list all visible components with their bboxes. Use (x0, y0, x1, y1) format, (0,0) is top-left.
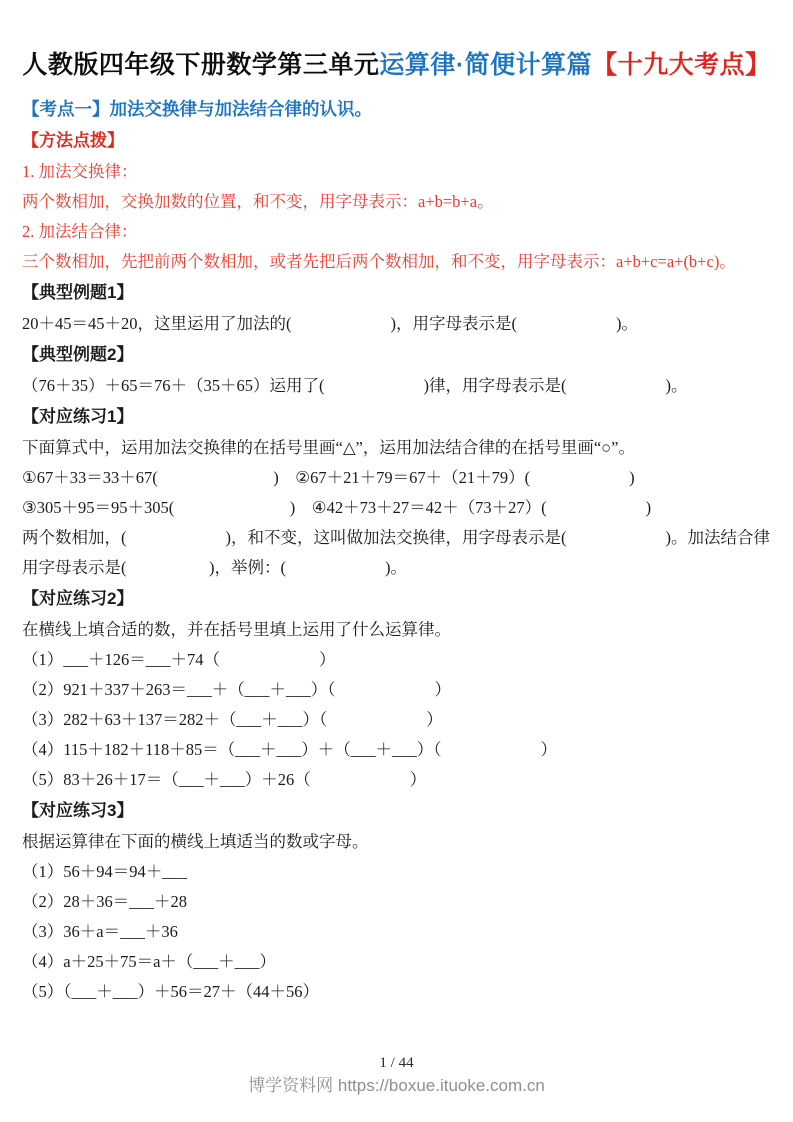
text-line-26: （3）36＋a＝___＋36 (22, 917, 771, 947)
text-line-11: 下面算式中，运用加法交换律的在括号里画“△”，运用加法结合律的在括号里画“○”。 (22, 433, 771, 463)
text-line-28: （5）（___＋___）＋56＝27＋（44＋56） (22, 977, 771, 1007)
text-line-3: 两个数相加，交换加数的位置，和不变，用字母表示：a+b=b+a。 (22, 187, 771, 217)
title-part-blue: 运算律·简便计算篇 (379, 51, 592, 79)
text-line-1: 【方法点拨】 (22, 125, 771, 157)
text-line-12: ①67＋33＝33＋67( ) ②67＋21＋79＝67＋（21＋79）( ) (22, 463, 771, 493)
text-line-27: （4）a＋25＋75＝a＋（___＋___） (22, 947, 771, 977)
page-footer: 1 / 44 博学资料网 https://boxue.ituoke.com.cn (0, 1052, 793, 1098)
text-line-8: 【典型例题2】 (22, 339, 771, 371)
text-line-21: （5）83＋26＋17＝（___＋___）＋26（ ） (22, 765, 771, 795)
text-line-14: 两个数相加，( )，和不变，这叫做加法交换律，用字母表示是( )。加法结合律用字… (22, 523, 771, 583)
site-watermark: 博学资料网 https://boxue.ituoke.com.cn (0, 1074, 793, 1098)
text-line-17: （1）___＋126＝___＋74（ ） (22, 645, 771, 675)
text-line-15: 【对应练习2】 (22, 583, 771, 615)
text-line-13: ③305＋95＝95＋305( ) ④42＋73＋27＝42＋（73＋27）( … (22, 493, 771, 523)
text-line-16: 在横线上填合适的数，并在括号里填上运用了什么运算律。 (22, 615, 771, 645)
text-line-9: （76＋35）＋65＝76＋（35＋65）运用了( )律，用字母表示是( )。 (22, 371, 771, 401)
text-line-18: （2）921＋337＋263＝___＋（___＋___）（ ） (22, 675, 771, 705)
title-part-black: 人教版四年级下册数学第三单元 (22, 51, 379, 79)
page-number: 1 / 44 (0, 1052, 793, 1074)
text-line-22: 【对应练习3】 (22, 795, 771, 827)
text-line-25: （2）28＋36＝___＋28 (22, 887, 771, 917)
title-part-red: 【十九大考点】 (592, 51, 771, 79)
text-line-23: 根据运算律在下面的横线上填适当的数或字母。 (22, 827, 771, 857)
text-line-6: 【典型例题1】 (22, 277, 771, 309)
text-line-24: （1）56＋94＝94＋___ (22, 857, 771, 887)
text-line-7: 20＋45＝45＋20，这里运用了加法的( )，用字母表示是( )。 (22, 309, 771, 339)
text-line-10: 【对应练习1】 (22, 401, 771, 433)
text-line-5: 三个数相加，先把前两个数相加，或者先把后两个数相加，和不变，用字母表示：a+b+… (22, 247, 771, 277)
text-line-20: （4）115＋182＋118＋85＝（___＋___）＋（___＋___）（ ） (22, 735, 771, 765)
text-line-4: 2. 加法结合律： (22, 217, 771, 247)
text-line-19: （3）282＋63＋137＝282＋（___＋___）（ ） (22, 705, 771, 735)
text-line-0: 【考点一】加法交换律与加法结合律的认识。 (22, 93, 771, 125)
page-title: 人教版四年级下册数学第三单元运算律·简便计算篇【十九大考点】 (22, 46, 771, 84)
text-line-2: 1. 加法交换律： (22, 157, 771, 187)
worksheet-page: 人教版四年级下册数学第三单元运算律·简便计算篇【十九大考点】 【考点一】加法交换… (0, 0, 793, 1122)
document-lines: 【考点一】加法交换律与加法结合律的认识。【方法点拨】1. 加法交换律：两个数相加… (22, 93, 771, 1007)
